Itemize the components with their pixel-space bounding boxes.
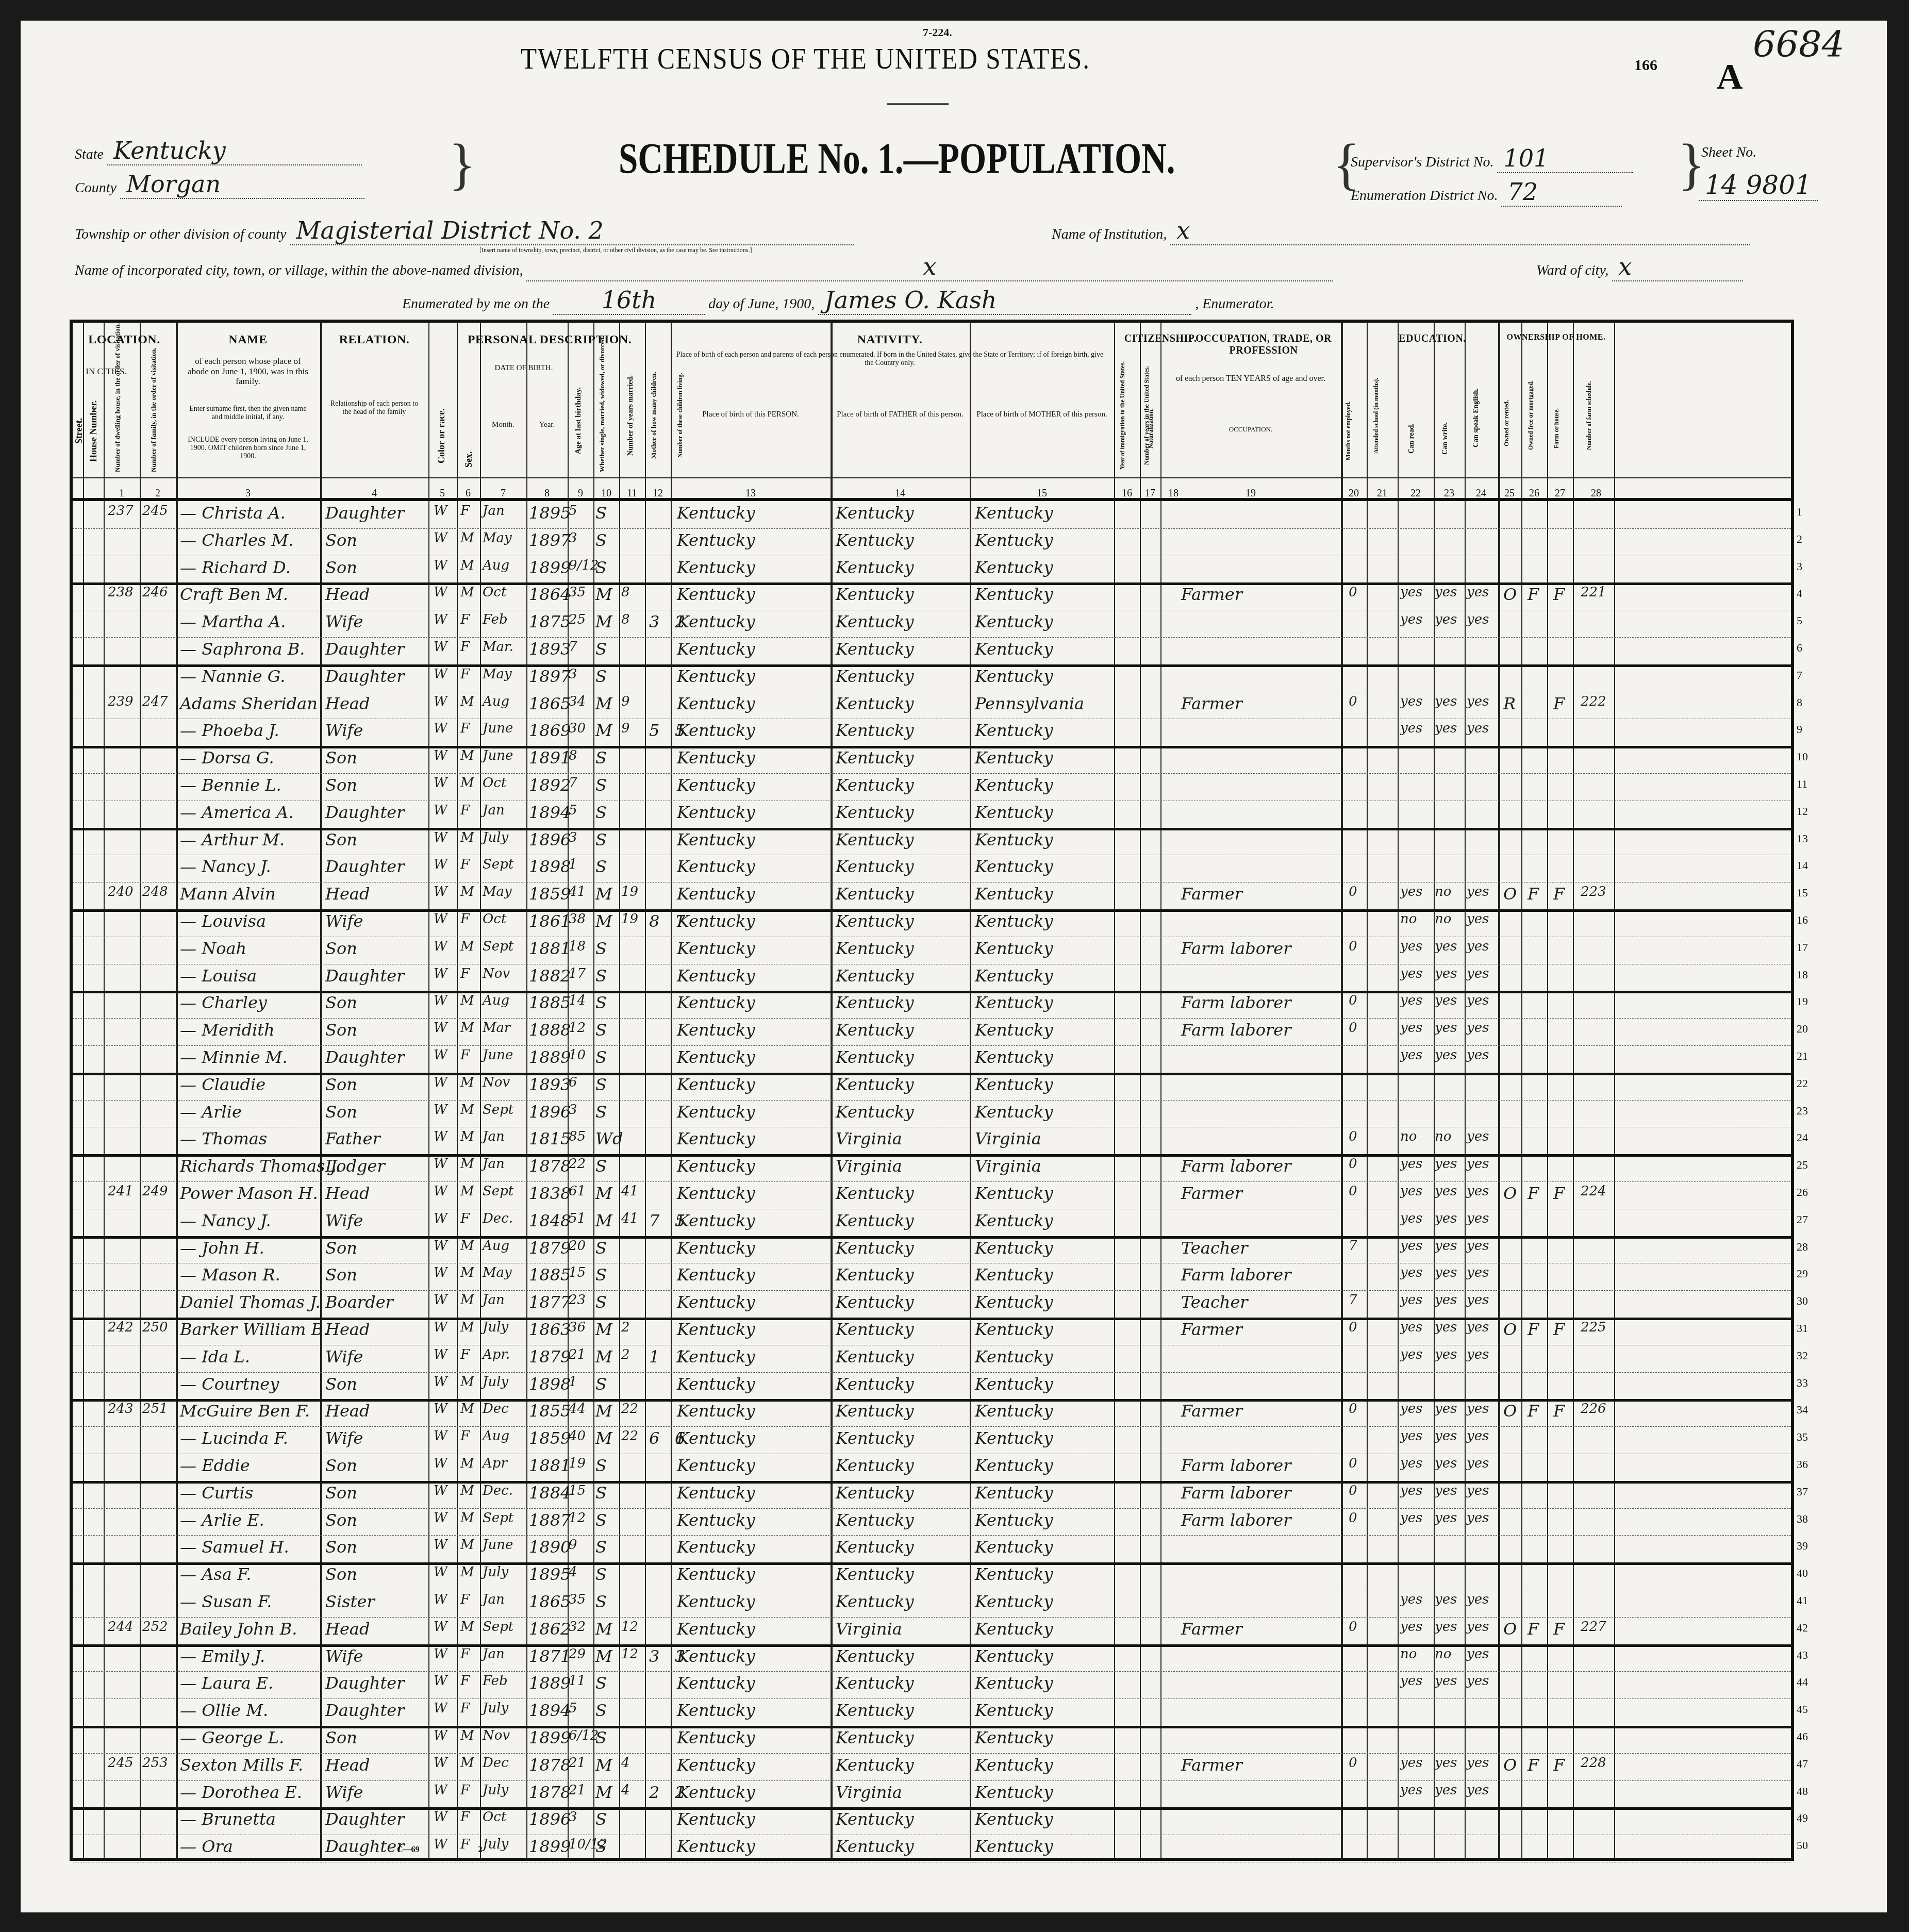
person-name: — Nannie G. xyxy=(180,667,285,686)
table-row: — NoahSonWMSept188118SKentuckyKentuckyKe… xyxy=(73,937,1791,964)
line-number: 50 xyxy=(1797,1839,1808,1852)
person-name: — Louvisa xyxy=(180,911,266,931)
birthplace-father: Kentucky xyxy=(836,1537,914,1557)
family-number: 246 xyxy=(142,585,168,600)
line-number: 9 xyxy=(1797,723,1802,736)
relation: Daughter xyxy=(325,857,405,876)
birthplace-mother: Kentucky xyxy=(975,1102,1053,1122)
relation: Wife xyxy=(325,1347,363,1367)
sex: M xyxy=(460,1320,474,1335)
line-number: 3 xyxy=(1797,560,1802,573)
line-number: 26 xyxy=(1797,1186,1808,1199)
age: 4 xyxy=(569,1564,577,1580)
can-read: yes xyxy=(1400,612,1422,627)
table-row: 243251McGuire Ben F.HeadWMDec185544M22Ke… xyxy=(73,1399,1791,1427)
column-number: 18 xyxy=(1166,488,1181,499)
sex: M xyxy=(460,1075,474,1090)
marital-status: S xyxy=(595,1238,607,1258)
sex: M xyxy=(460,530,474,546)
can-write: yes xyxy=(1435,1211,1457,1226)
birthplace-father: Kentucky xyxy=(836,857,914,876)
column-number: 23 xyxy=(1441,488,1457,499)
header-can-speak-english: Can speak English. xyxy=(1472,364,1481,472)
birth-month: Dec xyxy=(483,1755,509,1771)
line-number: 13 xyxy=(1797,832,1808,845)
person-name: McGuire Ben F. xyxy=(180,1401,310,1421)
color-race: W xyxy=(434,1374,447,1390)
birth-month: July xyxy=(483,1564,508,1580)
can-speak-english: yes xyxy=(1467,1292,1489,1308)
age: 6/12 xyxy=(569,1728,599,1743)
relation: Wife xyxy=(325,1211,363,1230)
relation: Daughter xyxy=(325,503,405,523)
months-unemployed: 0 xyxy=(1349,1320,1357,1335)
age: 21 xyxy=(569,1755,586,1771)
birthplace-mother: Kentucky xyxy=(975,1347,1053,1367)
color-race: W xyxy=(434,830,447,845)
relation: Daughter xyxy=(325,1047,405,1067)
birthplace-mother: Kentucky xyxy=(975,966,1053,986)
line-number: 42 xyxy=(1797,1621,1808,1635)
age: 9/12 xyxy=(569,558,599,573)
age: 8 xyxy=(569,748,577,763)
relation: Son xyxy=(325,1265,357,1285)
can-speak-english: yes xyxy=(1467,939,1489,954)
birthplace-mother: Kentucky xyxy=(975,667,1053,686)
birthplace-person: Kentucky xyxy=(677,1728,755,1747)
person-name: — Charles M. xyxy=(180,530,293,550)
birth-year: 1875 xyxy=(529,612,571,631)
age: 38 xyxy=(569,911,586,927)
relation: Son xyxy=(325,748,357,768)
birthplace-mother: Kentucky xyxy=(975,639,1053,659)
occupation: Farm laborer xyxy=(1181,1020,1291,1040)
birthplace-mother: Kentucky xyxy=(975,1837,1053,1856)
line-number: 18 xyxy=(1797,968,1808,981)
years-married: 22 xyxy=(621,1428,638,1444)
marital-status: S xyxy=(595,1075,607,1094)
farm-schedule-number: 226 xyxy=(1581,1401,1606,1417)
header-can-write: Can write. xyxy=(1441,405,1450,472)
age: 6 xyxy=(569,1075,577,1090)
age: 1 xyxy=(569,1374,577,1390)
birth-year: 1895 xyxy=(529,1564,571,1584)
relation: Wife xyxy=(325,721,363,740)
person-name: — Samuel H. xyxy=(180,1537,289,1557)
birthplace-mother: Kentucky xyxy=(975,993,1053,1012)
farm-or-house: F xyxy=(1553,1184,1565,1203)
birth-year: 1859 xyxy=(529,1428,571,1448)
city-value: x xyxy=(526,253,1333,281)
birthplace-father: Kentucky xyxy=(836,1755,914,1775)
relation: Daughter xyxy=(325,803,405,822)
birth-year: 1891 xyxy=(529,748,571,768)
person-name: Sexton Mills F. xyxy=(180,1755,303,1775)
person-name: — Nancy J. xyxy=(180,1211,271,1230)
can-read: yes xyxy=(1400,1047,1422,1063)
farm-or-house: F xyxy=(1553,585,1565,604)
header-relation: RELATION. xyxy=(320,333,428,347)
can-speak-english: yes xyxy=(1467,1483,1489,1498)
can-write: no xyxy=(1435,884,1451,900)
color-race: W xyxy=(434,1564,447,1580)
person-name: — Dorsa G. xyxy=(180,748,274,768)
birthplace-person: Kentucky xyxy=(677,884,755,904)
header-age: Age at last birthday. xyxy=(574,369,583,472)
relation: Son xyxy=(325,1510,357,1530)
relation: Son xyxy=(325,1238,357,1258)
birth-year: 1871 xyxy=(529,1646,571,1666)
occupation: Farmer xyxy=(1181,1619,1242,1639)
birth-year: 1881 xyxy=(529,939,571,958)
months-unemployed: 0 xyxy=(1349,1401,1357,1417)
birthplace-person: Kentucky xyxy=(677,667,755,686)
header-birth-person: Place of birth of this PERSON. xyxy=(676,410,825,419)
sex: F xyxy=(460,612,470,627)
can-read: yes xyxy=(1400,585,1422,600)
age: 35 xyxy=(569,585,586,600)
relation: Daughter xyxy=(325,1809,405,1829)
can-speak-english: yes xyxy=(1467,1238,1489,1254)
age: 17 xyxy=(569,966,586,981)
relation: Head xyxy=(325,1401,370,1421)
color-race: W xyxy=(434,1646,447,1662)
birth-month: Dec. xyxy=(483,1483,513,1498)
birthplace-mother: Kentucky xyxy=(975,1646,1053,1666)
color-race: W xyxy=(434,1184,447,1199)
can-speak-english: yes xyxy=(1467,1047,1489,1063)
relation: Daughter xyxy=(325,1701,405,1720)
age: 61 xyxy=(569,1184,586,1199)
birthplace-mother: Kentucky xyxy=(975,775,1053,795)
months-unemployed: 0 xyxy=(1349,1184,1357,1199)
state-field: State Kentucky xyxy=(75,137,362,165)
birthplace-father: Kentucky xyxy=(836,1646,914,1666)
color-race: W xyxy=(434,1755,447,1771)
table-row: 241249Power Mason H.HeadWMSept183861M41K… xyxy=(73,1181,1791,1209)
occupation: Farmer xyxy=(1181,694,1242,713)
enumeration-district-field: Enumeration District No. 72 xyxy=(1351,178,1622,207)
form-code: 7-224. xyxy=(923,26,952,39)
birthplace-father: Kentucky xyxy=(836,1428,914,1448)
color-race: W xyxy=(434,558,447,573)
table-row: — Arthur M.SonWMJuly18963SKentuckyKentuc… xyxy=(73,828,1791,856)
header-family: Number of family, in the order of visita… xyxy=(150,359,158,472)
birthplace-mother: Kentucky xyxy=(975,803,1053,822)
birthplace-father: Kentucky xyxy=(836,748,914,768)
marital-status: M xyxy=(595,1347,612,1367)
age: 18 xyxy=(569,939,586,954)
can-speak-english: yes xyxy=(1467,1401,1489,1417)
can-write: yes xyxy=(1435,939,1457,954)
column-number: 6 xyxy=(460,488,476,499)
birthplace-father: Virginia xyxy=(836,1619,902,1639)
marital-status: S xyxy=(595,667,607,686)
marital-status: M xyxy=(595,884,612,904)
birthplace-person: Kentucky xyxy=(677,1510,755,1530)
birthplace-person: Kentucky xyxy=(677,1456,755,1475)
age: 51 xyxy=(569,1211,586,1226)
can-read: yes xyxy=(1400,1755,1422,1771)
header-in-cities: IN CITIES. xyxy=(73,367,140,377)
table-row: 240248Mann AlvinHeadWMMay185941M19Kentuc… xyxy=(73,882,1791,912)
relation: Son xyxy=(325,775,357,795)
owned-or-rented: O xyxy=(1503,884,1517,904)
owned-or-rented: O xyxy=(1503,1184,1517,1203)
sex: F xyxy=(460,911,470,927)
person-name: — Richard D. xyxy=(180,558,291,577)
birthplace-person: Kentucky xyxy=(677,1374,755,1394)
birth-month: June xyxy=(483,748,513,763)
birth-year: 1895 xyxy=(529,503,571,523)
can-write: yes xyxy=(1435,1755,1457,1771)
birth-month: July xyxy=(483,1374,508,1390)
birthplace-mother: Kentucky xyxy=(975,1619,1053,1639)
can-write: no xyxy=(1435,1646,1451,1662)
color-race: W xyxy=(434,1592,447,1607)
age: 15 xyxy=(569,1483,586,1498)
person-name: — Laura E. xyxy=(180,1673,273,1693)
line-number: 28 xyxy=(1797,1240,1808,1254)
birth-month: Feb xyxy=(483,1673,508,1689)
relation: Daughter xyxy=(325,667,405,686)
table-row: — America A.DaughterWFJan18945SKentuckyK… xyxy=(73,801,1791,830)
birth-month: Sept xyxy=(483,857,513,872)
farm-or-house: F xyxy=(1553,694,1565,713)
color-race: W xyxy=(434,1129,447,1144)
mother-of-children: 5 xyxy=(649,721,659,740)
marital-status: M xyxy=(595,1320,612,1339)
line-number: 20 xyxy=(1797,1022,1808,1036)
birthplace-mother: Kentucky xyxy=(975,911,1053,931)
sex: F xyxy=(460,1673,470,1689)
person-name: — Susan F. xyxy=(180,1592,272,1611)
age: 32 xyxy=(569,1619,586,1635)
column-number: 12 xyxy=(650,488,666,499)
months-unemployed: 0 xyxy=(1349,1020,1357,1036)
sex: M xyxy=(460,1755,474,1771)
header-occupation: OCCUPATION, TRADE, OR PROFESSION xyxy=(1160,333,1367,357)
person-name: Adams Sheridan xyxy=(180,694,318,713)
relation: Boarder xyxy=(325,1292,393,1312)
occupation: Farm laborer xyxy=(1181,939,1291,958)
table-row: — LouisaDaughterWFNov188217SKentuckyKent… xyxy=(73,964,1791,994)
birthplace-father: Kentucky xyxy=(836,1238,914,1258)
line-number: 33 xyxy=(1797,1376,1808,1390)
birth-year: 1885 xyxy=(529,1265,571,1285)
birth-month: Nov xyxy=(483,1728,510,1743)
can-read: yes xyxy=(1400,1238,1422,1254)
birthplace-mother: Kentucky xyxy=(975,830,1053,850)
color-race: W xyxy=(434,612,447,627)
occupation: Farmer xyxy=(1181,585,1242,604)
marital-status: M xyxy=(595,585,612,604)
dwelling-number: 243 xyxy=(108,1401,134,1417)
birth-year: 1894 xyxy=(529,1701,571,1720)
can-speak-english: yes xyxy=(1467,1755,1489,1771)
marital-status: S xyxy=(595,830,607,850)
relation: Son xyxy=(325,939,357,958)
birth-year: 1890 xyxy=(529,1537,571,1557)
person-name: — Ora xyxy=(180,1837,233,1856)
birthplace-father: Kentucky xyxy=(836,503,914,523)
mother-of-children: 3 xyxy=(649,1646,659,1666)
family-number: 245 xyxy=(142,503,168,519)
marital-status: S xyxy=(595,1592,607,1611)
line-number: 38 xyxy=(1797,1512,1808,1526)
birth-month: Mar xyxy=(483,1020,511,1036)
marital-status: S xyxy=(595,857,607,876)
birthplace-father: Kentucky xyxy=(836,1837,914,1856)
can-write: yes xyxy=(1435,721,1457,736)
family-number: 252 xyxy=(142,1619,168,1635)
header-years-married: Number of years married. xyxy=(627,359,635,472)
can-speak-english: yes xyxy=(1467,884,1489,900)
birthplace-father: Kentucky xyxy=(836,1374,914,1394)
column-number: 9 xyxy=(573,488,588,499)
birth-month: July xyxy=(483,1837,508,1852)
birth-year: 1898 xyxy=(529,857,571,876)
birthplace-mother: Kentucky xyxy=(975,1374,1053,1394)
color-race: W xyxy=(434,585,447,600)
table-row: — John H.SonWMAug187920SKentuckyKentucky… xyxy=(73,1236,1791,1264)
marital-status: S xyxy=(595,1837,607,1856)
months-unemployed: 0 xyxy=(1349,993,1357,1008)
occupation: Farm laborer xyxy=(1181,993,1291,1012)
table-row: — Saphrona B.DaughterWFMar.18937SKentuck… xyxy=(73,637,1791,667)
birthplace-father: Virginia xyxy=(836,1156,902,1176)
can-speak-english: yes xyxy=(1467,1211,1489,1226)
birthplace-father: Kentucky xyxy=(836,1564,914,1584)
age: 21 xyxy=(569,1347,586,1362)
can-read: yes xyxy=(1400,1020,1422,1036)
line-number: 8 xyxy=(1797,696,1802,709)
table-row: — Martha A.WifeWFFeb187525M832KentuckyKe… xyxy=(73,610,1791,638)
column-number: 25 xyxy=(1502,488,1517,499)
birth-year: 1879 xyxy=(529,1347,571,1367)
birthplace-person: Kentucky xyxy=(677,1156,755,1176)
can-read: yes xyxy=(1400,1265,1422,1280)
relation: Daughter xyxy=(325,966,405,986)
line-number: 36 xyxy=(1797,1458,1808,1471)
birthplace-mother: Kentucky xyxy=(975,1537,1053,1557)
can-write: yes xyxy=(1435,1047,1457,1063)
age: 1 xyxy=(569,857,577,872)
birthplace-person: Kentucky xyxy=(677,1292,755,1312)
sheet-number-label: Sheet No. xyxy=(1701,144,1756,161)
can-speak-english: yes xyxy=(1467,1673,1489,1689)
birthplace-person: Kentucky xyxy=(677,585,755,604)
sex: M xyxy=(460,1102,474,1118)
relation: Son xyxy=(325,1728,357,1747)
marital-status: S xyxy=(595,1292,607,1312)
birth-month: May xyxy=(483,1265,512,1280)
birth-year: 1864 xyxy=(529,585,571,604)
header-location: LOCATION. xyxy=(73,333,176,347)
birthplace-person: Kentucky xyxy=(677,939,755,958)
person-name: Power Mason H. xyxy=(180,1184,318,1203)
birthplace-person: Kentucky xyxy=(677,857,755,876)
table-row: — Susan F.SisterWFJan186535SKentuckyKent… xyxy=(73,1590,1791,1618)
can-write: yes xyxy=(1435,1020,1457,1036)
birthplace-person: Kentucky xyxy=(677,1047,755,1067)
birthplace-father: Kentucky xyxy=(836,884,914,904)
birthplace-person: Kentucky xyxy=(677,1809,755,1829)
column-number: 20 xyxy=(1346,488,1362,499)
marital-status: S xyxy=(595,1564,607,1584)
birthplace-person: Kentucky xyxy=(677,1592,755,1611)
birthplace-father: Kentucky xyxy=(836,1292,914,1312)
birthplace-mother: Virginia xyxy=(975,1156,1041,1176)
marital-status: M xyxy=(595,1783,612,1802)
birth-month: Sept xyxy=(483,1510,513,1526)
relation: Wife xyxy=(325,1428,363,1448)
table-row: — Emily J.WifeWFJan187129M1233KentuckyKe… xyxy=(73,1644,1791,1672)
age: 5 xyxy=(569,803,577,818)
birth-month: Jan xyxy=(483,1646,505,1662)
table-row: — Arlie E.SonWMSept188712SKentuckyKentuc… xyxy=(73,1508,1791,1536)
color-race: W xyxy=(434,1265,447,1280)
birth-year: 1838 xyxy=(529,1184,571,1203)
sex: M xyxy=(460,1292,474,1308)
person-name: — Saphrona B. xyxy=(180,639,305,659)
stamp-number: 6684 xyxy=(1753,23,1845,65)
birthplace-father: Kentucky xyxy=(836,1320,914,1339)
birth-month: Jan xyxy=(483,1592,505,1607)
can-read: no xyxy=(1400,1646,1417,1662)
birth-year: 1896 xyxy=(529,830,571,850)
birthplace-father: Kentucky xyxy=(836,694,914,713)
age: 23 xyxy=(569,1292,586,1308)
color-race: W xyxy=(434,1728,447,1743)
birthplace-father: Kentucky xyxy=(836,1265,914,1285)
marital-status: S xyxy=(595,1701,607,1720)
column-number: 15 xyxy=(1034,488,1050,499)
table-row: — Nancy J.WifeWFDec.184851M4175KentuckyK… xyxy=(73,1209,1791,1239)
birth-month: June xyxy=(483,1537,513,1553)
can-read: yes xyxy=(1400,721,1422,736)
color-race: W xyxy=(434,748,447,763)
header-relation-desc: Relationship of each person to the head … xyxy=(325,400,423,417)
person-name: Bailey John B. xyxy=(180,1619,297,1639)
color-race: W xyxy=(434,1483,447,1498)
age: 5 xyxy=(569,503,577,519)
relation: Son xyxy=(325,558,357,577)
age: 29 xyxy=(569,1646,586,1662)
person-name: — Martha A. xyxy=(180,612,286,631)
sex: M xyxy=(460,558,474,573)
birthplace-person: Kentucky xyxy=(677,530,755,550)
color-race: W xyxy=(434,1809,447,1825)
line-number: 19 xyxy=(1797,995,1808,1008)
free-or-mortgaged: F xyxy=(1528,884,1539,904)
sex: M xyxy=(460,694,474,709)
owned-or-rented: O xyxy=(1503,1320,1517,1339)
birthplace-mother: Kentucky xyxy=(975,939,1053,958)
person-name: — Asa F. xyxy=(180,1564,251,1584)
dwelling-number: 237 xyxy=(108,503,134,519)
color-race: W xyxy=(434,694,447,709)
header-name-instr: Enter surname first, then the given name… xyxy=(184,405,312,422)
person-name: — John H. xyxy=(180,1238,264,1258)
line-number: 41 xyxy=(1797,1594,1808,1607)
birthplace-mother: Kentucky xyxy=(975,1020,1053,1040)
birthplace-father: Kentucky xyxy=(836,530,914,550)
marital-status: S xyxy=(595,530,607,550)
birth-year: 1887 xyxy=(529,1510,571,1530)
can-speak-english: yes xyxy=(1467,1129,1489,1144)
county-field: County Morgan xyxy=(75,170,364,199)
